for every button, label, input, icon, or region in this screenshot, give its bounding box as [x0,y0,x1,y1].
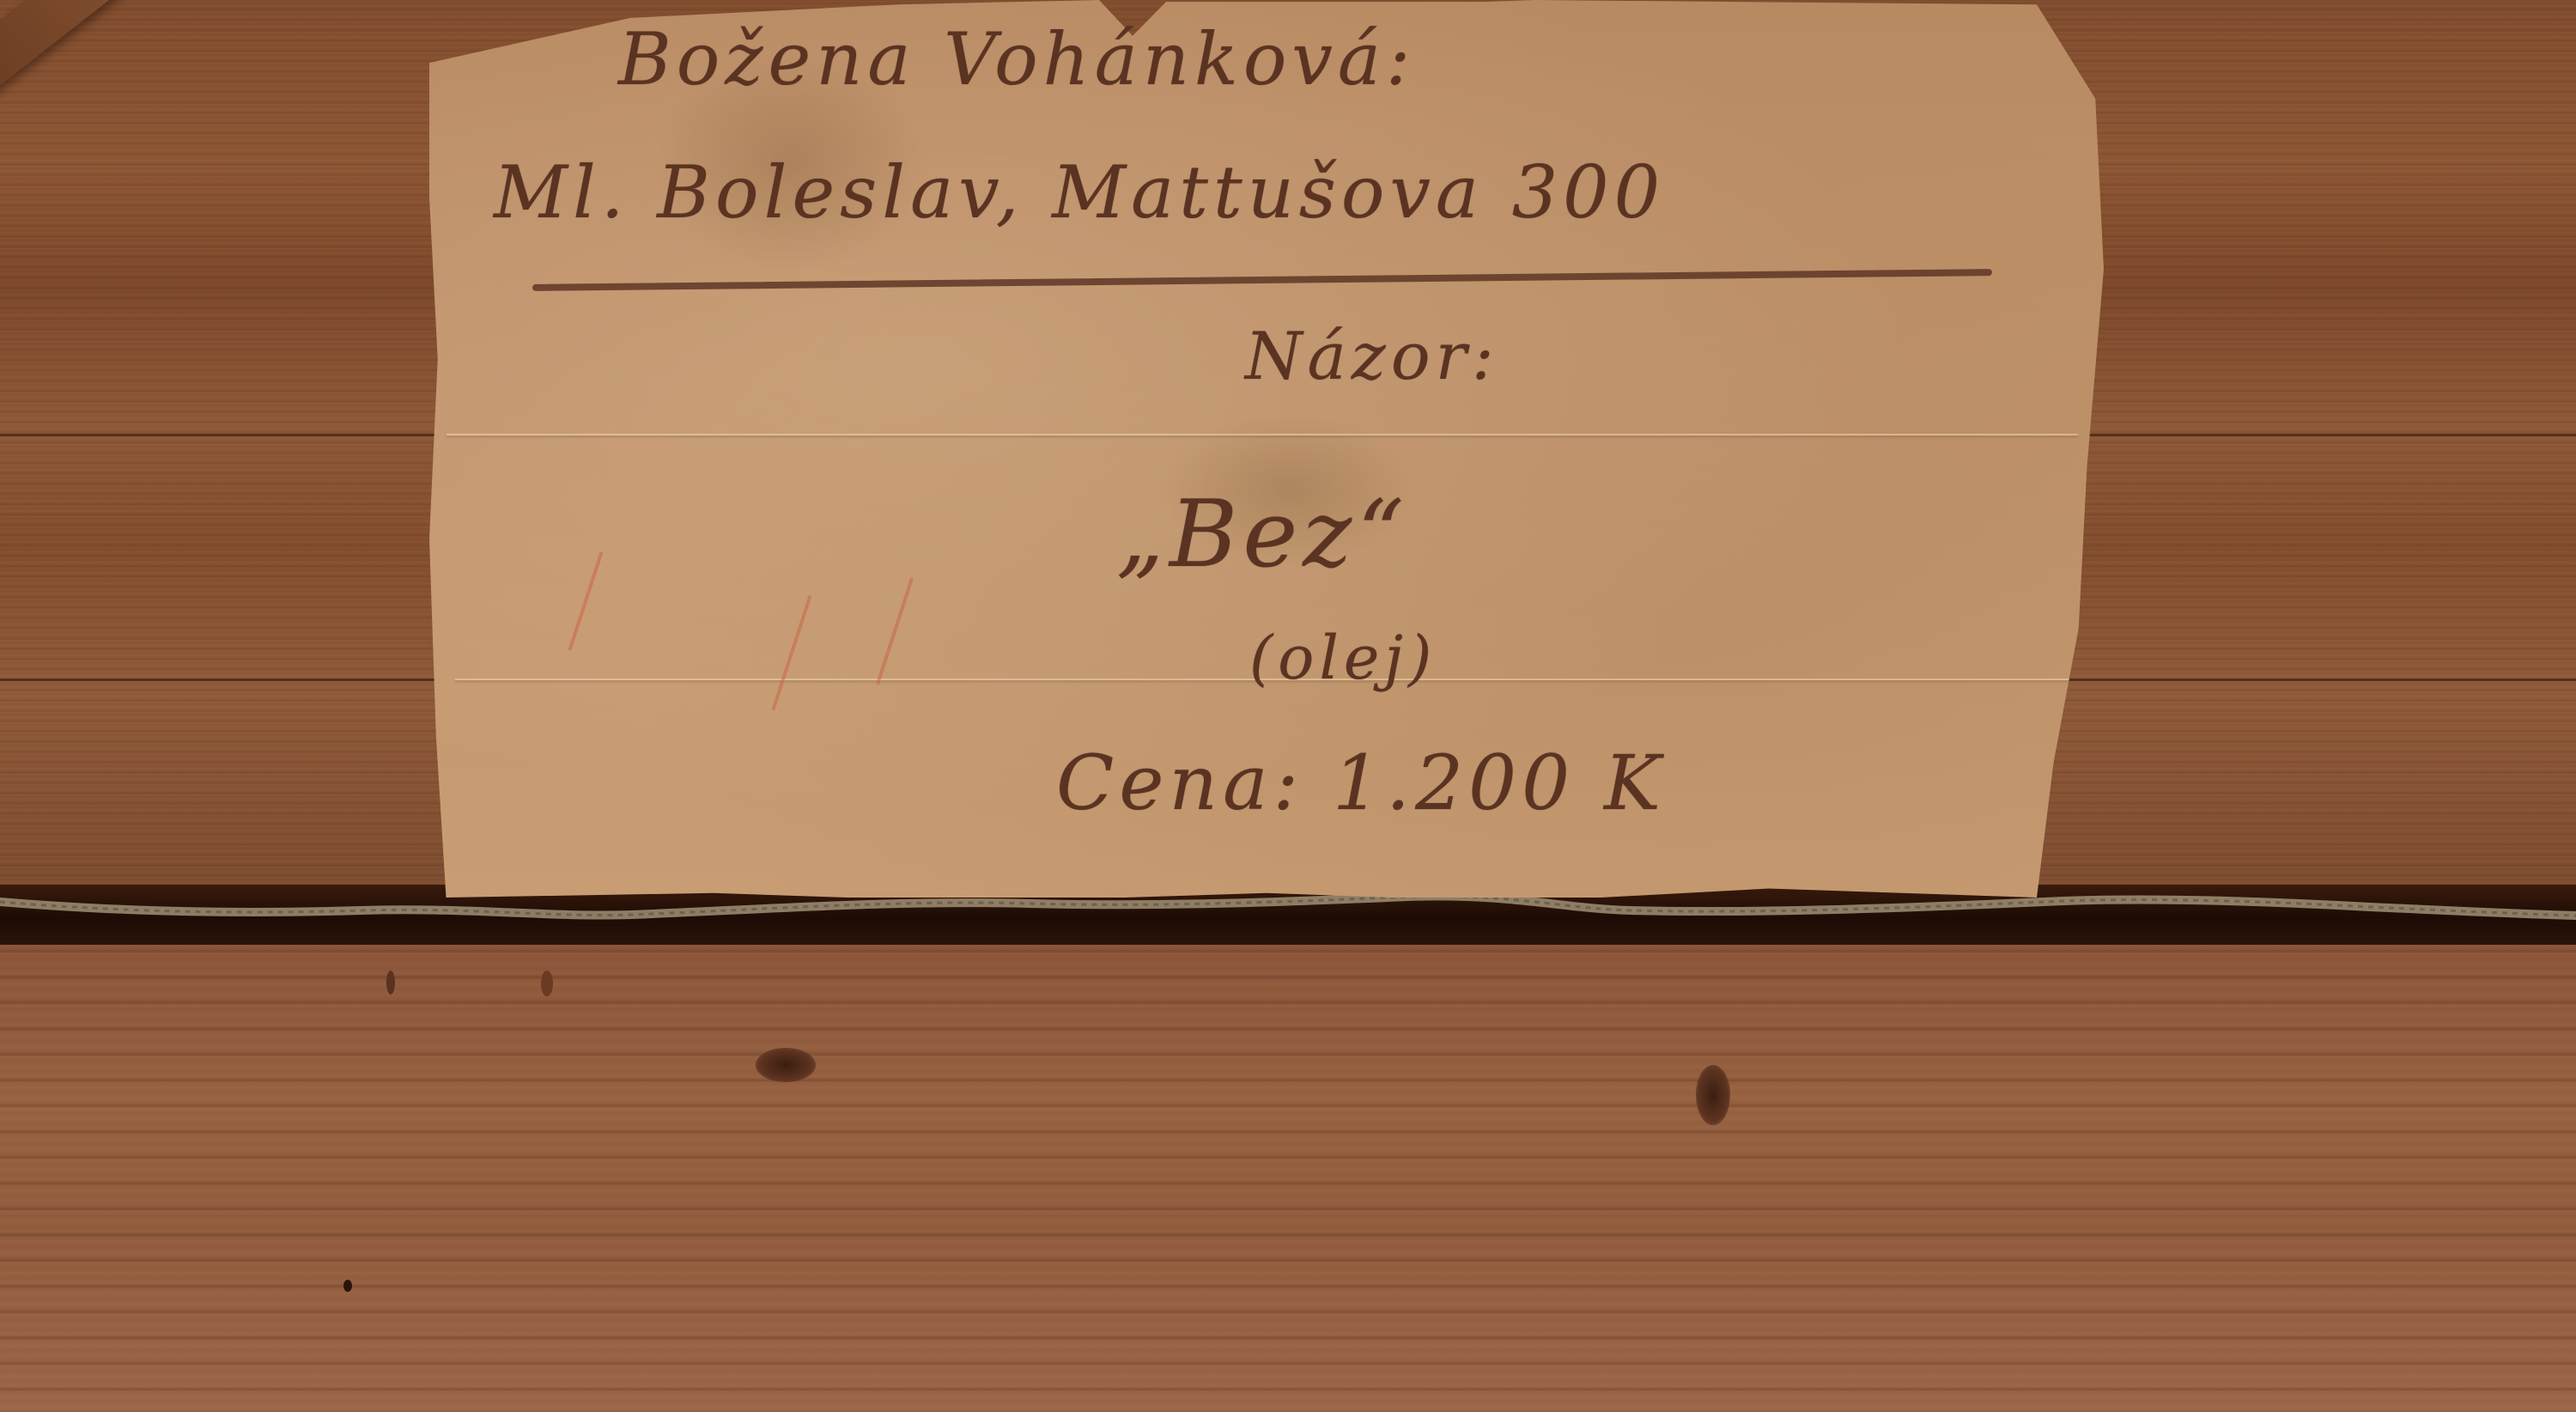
pencil-mark [771,595,811,710]
pencil-mark [876,578,914,685]
title-label: Názor: [1245,318,1499,394]
wood-knot [1696,1065,1730,1125]
hanging-twine [0,885,2576,953]
artwork-price: Cena: 1.200 K [1056,739,1666,827]
artist-address: Ml. Boleslav, Mattušova 300 [494,150,1665,234]
artwork-medium: (olej) [1249,623,1437,693]
nail-hole [343,1280,352,1292]
nail-hole [541,971,553,996]
pencil-mark [568,551,604,650]
nail-hole [386,971,395,995]
corner-joint [0,0,156,100]
frame-back-photo: Božena Vohánková: Ml. Boleslav, Mattušov… [0,0,2576,1412]
paper-crease [447,434,2078,435]
artist-name: Božena Vohánková: [618,17,1415,101]
wood-knot [756,1048,816,1082]
lower-frame-wood [0,945,2576,1412]
artwork-title: „Bez“ [1116,481,1409,588]
